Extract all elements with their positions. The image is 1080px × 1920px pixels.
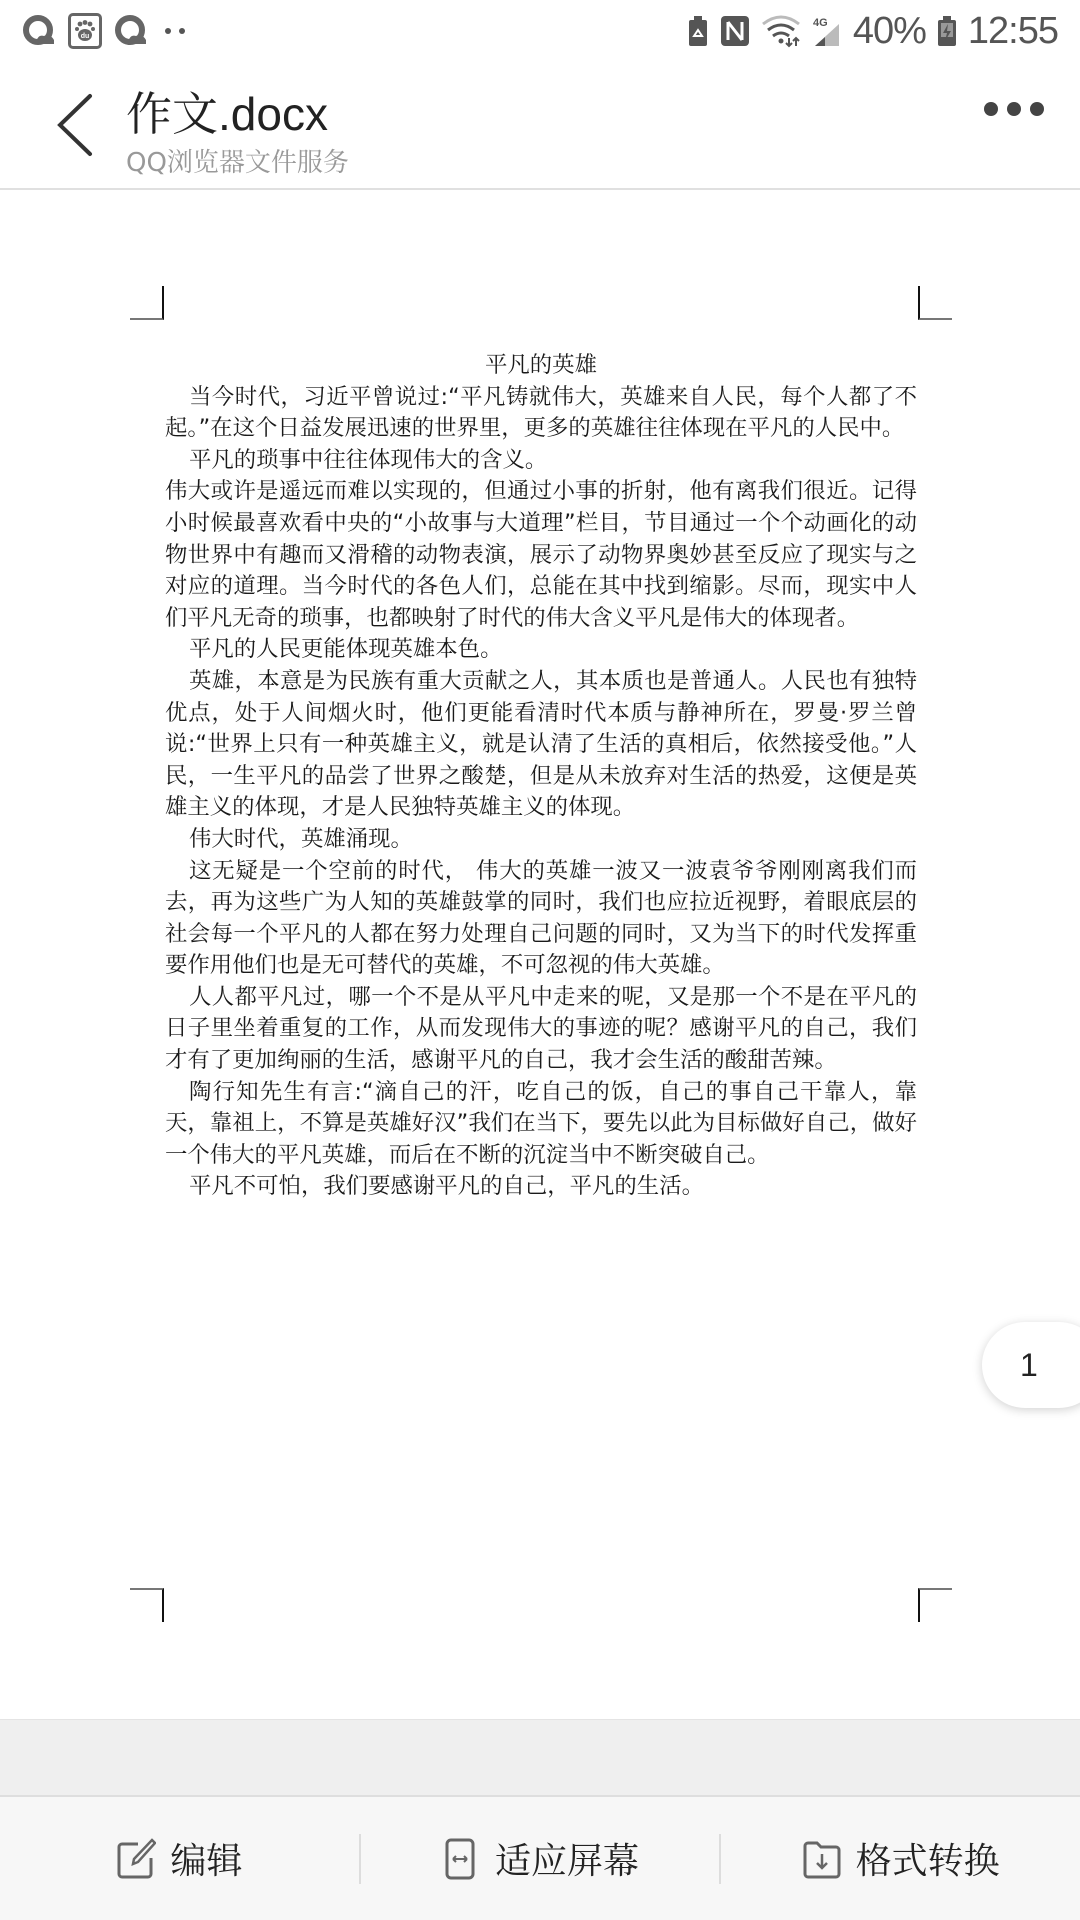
page-crop-mark-top-right — [918, 286, 952, 320]
battery-saver-icon — [687, 14, 709, 48]
toolbar-spacer — [0, 1719, 1080, 1795]
paragraph: 平凡的人民更能体现英雄本色。 — [165, 634, 917, 666]
document-viewer[interactable]: 平凡的英雄 当今时代，习近平曾说过:“平凡铸就伟大，英雄来自人民，每个人都了不起… — [0, 190, 1080, 1720]
paragraph: 伟大时代，英雄涌现。 — [165, 824, 917, 856]
page-crop-mark-top-left — [130, 286, 164, 320]
paragraph: 陶行知先生有言:“滴自己的汗，吃自己的饭，自己的事自己干靠人，靠 天，靠祖上，不… — [165, 1077, 917, 1172]
paragraph: 人人都平凡过，哪一个不是从平凡中走来的呢，又是那一个不是在平凡的日子里坐着重复的… — [165, 982, 917, 1077]
battery-charging-icon — [936, 14, 958, 48]
format-convert-label: 格式转换 — [856, 1833, 1000, 1884]
network-type-label: 4G — [813, 17, 828, 29]
qq-browser-icon — [22, 14, 56, 48]
more-notifications-icon — [160, 14, 190, 48]
clock: 12:55 — [968, 10, 1058, 53]
dot-icon — [984, 102, 998, 116]
status-bar: du 4G 40% 12:55 — [0, 0, 1080, 62]
app-header: 作文.docx QQ浏览器文件服务 — [0, 62, 1080, 190]
file-source-subtitle: QQ浏览器文件服务 — [126, 142, 349, 179]
document-body: 平凡的英雄 当今时代，习近平曾说过:“平凡铸就伟大，英雄来自人民，每个人都了不起… — [165, 350, 917, 1203]
paragraph: 这无疑是一个空前的时代， 伟大的英雄一波又一波袁爷爷刚刚离我们而去，再为这些广为… — [165, 856, 917, 982]
dot-icon — [1007, 102, 1021, 116]
nfc-icon — [719, 14, 751, 48]
battery-percent: 40% — [853, 10, 926, 53]
svg-text:du: du — [81, 33, 90, 40]
edit-button[interactable]: 编辑 — [0, 1797, 359, 1920]
back-arrow-icon[interactable] — [52, 90, 102, 160]
paragraph: 平凡不可怕，我们要感谢平凡的自己，平凡的生活。 — [165, 1171, 917, 1203]
page-crop-mark-bottom-left — [130, 1588, 164, 1622]
edit-label: 编辑 — [170, 1833, 242, 1884]
paragraph: 当今时代，习近平曾说过:“平凡铸就伟大，英雄来自人民，每个人都了不起。”在这个日… — [165, 382, 917, 445]
wifi-icon — [761, 14, 801, 48]
page-crop-mark-bottom-right — [918, 1588, 952, 1622]
paragraph: 平凡的琐事中往往体现伟大的含义。 — [165, 445, 917, 477]
signal-4g-icon: 4G — [811, 14, 843, 48]
page-number-indicator[interactable]: 1 — [982, 1322, 1080, 1408]
paragraph: 英雄，本意是为民族有重大贡献之人，其本质也是普通人。人民也有独特优点，处于人间烟… — [165, 666, 917, 824]
edit-icon — [116, 1838, 156, 1880]
bottom-toolbar: 编辑 适应屏幕 格式转换 — [0, 1795, 1080, 1920]
fit-screen-button[interactable]: 适应屏幕 — [361, 1797, 720, 1920]
more-options-button[interactable] — [975, 102, 1044, 116]
document-title: 平凡的英雄 — [165, 350, 917, 382]
format-convert-button[interactable]: 格式转换 — [721, 1797, 1080, 1920]
page-number: 1 — [1020, 1347, 1038, 1384]
qq-browser-icon — [114, 14, 148, 48]
fit-screen-label: 适应屏幕 — [495, 1833, 639, 1884]
dot-icon — [1030, 102, 1044, 116]
file-title: 作文.docx — [126, 78, 328, 144]
fit-screen-icon — [441, 1838, 481, 1880]
baidu-icon: du — [68, 13, 102, 49]
folder-download-icon — [802, 1838, 842, 1880]
paragraph: 伟大或许是遥远而难以实现的，但通过小事的折射，他有离我们很近。记得小时候最喜欢看… — [165, 476, 917, 634]
